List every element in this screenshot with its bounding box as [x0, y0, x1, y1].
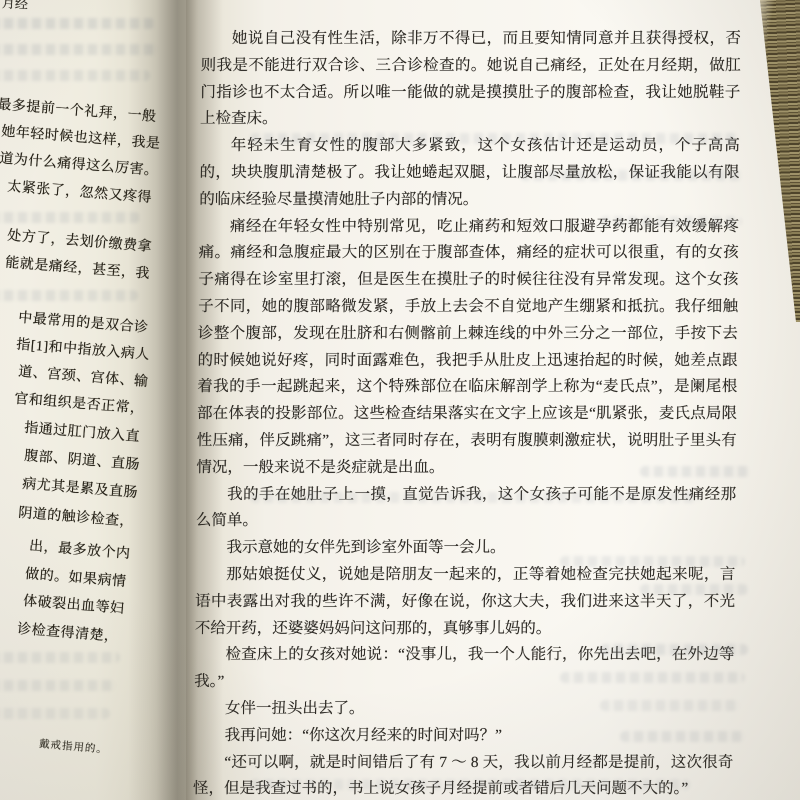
showthrough-smudge	[250, 492, 700, 503]
left-page-line: 中最常用的是双合诊	[17, 307, 149, 337]
left-page-line: 阴道的触诊检查，	[18, 502, 135, 531]
showthrough-smudge	[560, 556, 745, 567]
showthrough-smudge	[0, 18, 155, 29]
showthrough-smudge	[0, 44, 158, 55]
left-page-line: 道、宫颈、宫体、输	[17, 361, 149, 391]
left-page-line: 处方了，去划价缴费拿	[7, 225, 153, 256]
showthrough-smudge	[0, 708, 110, 719]
showthrough-smudge	[640, 584, 748, 595]
paragraph: 我的手在她肚子上一摸，直觉告诉我，这个女孩子可能不是原发性痛经那么简单。	[196, 482, 737, 536]
paragraph: 痛经在年轻女性中特别常见，吃止痛药和短效口服避孕药都能有效缓解疼痛。痛经和急腹症…	[196, 214, 739, 482]
left-page-line: 指[1]和中指放入病人	[16, 334, 151, 364]
left-page-line: 出，最多放个内	[28, 535, 131, 563]
left-page-line: 最多提前一个礼拜，一般	[0, 94, 157, 126]
showthrough-smudge	[250, 779, 690, 790]
open-book-photo: 月经 戴戒指用的。 最多提前一个礼拜，一般她年轻时候也这样，我是道为什么痛得这么…	[0, 0, 800, 800]
left-page-line: 做的。如果病情	[24, 563, 127, 591]
left-page-line: 太紧张了，忽然又疼得	[7, 176, 153, 207]
left-page-line: 腹部、阴道、直肠	[24, 445, 141, 474]
paragraph: 她说自己没有性生活，除非万不得已，而且要知情同意并且获得授权，否则我是不能进行双…	[200, 26, 741, 133]
paragraph: 那姑娘挺仗义，说她是陪朋友一起来的，正等着她检查完扶她起来呢，言语中表露出对我的…	[195, 562, 736, 642]
showthrough-smudge	[0, 652, 120, 663]
left-page-line: 她年轻时候也这样，我是	[0, 121, 161, 153]
right-page: 她说自己没有性生活，除非万不得已，而且要知情同意并且获得授权，否则我是不能进行双…	[186, 0, 800, 800]
left-page-line: 能就是痛经，甚至，我	[5, 252, 151, 283]
left-page-line: 官和组织是否正常，	[13, 388, 145, 418]
left-page-text-fragment: 月经	[2, 0, 29, 13]
left-page-line: 病尤其是累及直肠	[22, 473, 139, 502]
left-page-footnote: 戴戒指用的。	[38, 736, 108, 757]
showthrough-smudge	[600, 700, 740, 711]
showthrough-smudge	[640, 466, 750, 477]
showthrough-smudge	[620, 731, 745, 742]
showthrough-smudge	[520, 170, 742, 181]
showthrough-smudge	[0, 290, 138, 301]
showthrough-smudge	[0, 680, 116, 691]
showthrough-smudge	[600, 216, 742, 227]
showthrough-smudge	[0, 212, 140, 223]
paragraph: “还可以啊，就是时间错后了有 7 ～ 8 天，我以前月经都是提前，这次很奇怪，但…	[193, 750, 734, 800]
left-page-line: 体破裂出血等妇	[22, 590, 125, 618]
showthrough-smudge	[250, 133, 740, 144]
left-page-line: 指通过肛门放入直	[24, 417, 141, 446]
left-page-line: 诊检查得清楚，	[16, 618, 119, 646]
left-page-line: 道为什么痛得这么厉害。	[0, 148, 159, 180]
showthrough-smudge	[560, 672, 745, 683]
showthrough-smudge	[0, 70, 150, 81]
left-page: 月经 戴戒指用的。 最多提前一个礼拜，一般她年轻时候也这样，我是道为什么痛得这么…	[0, 0, 212, 800]
showthrough-smudge	[600, 644, 748, 655]
